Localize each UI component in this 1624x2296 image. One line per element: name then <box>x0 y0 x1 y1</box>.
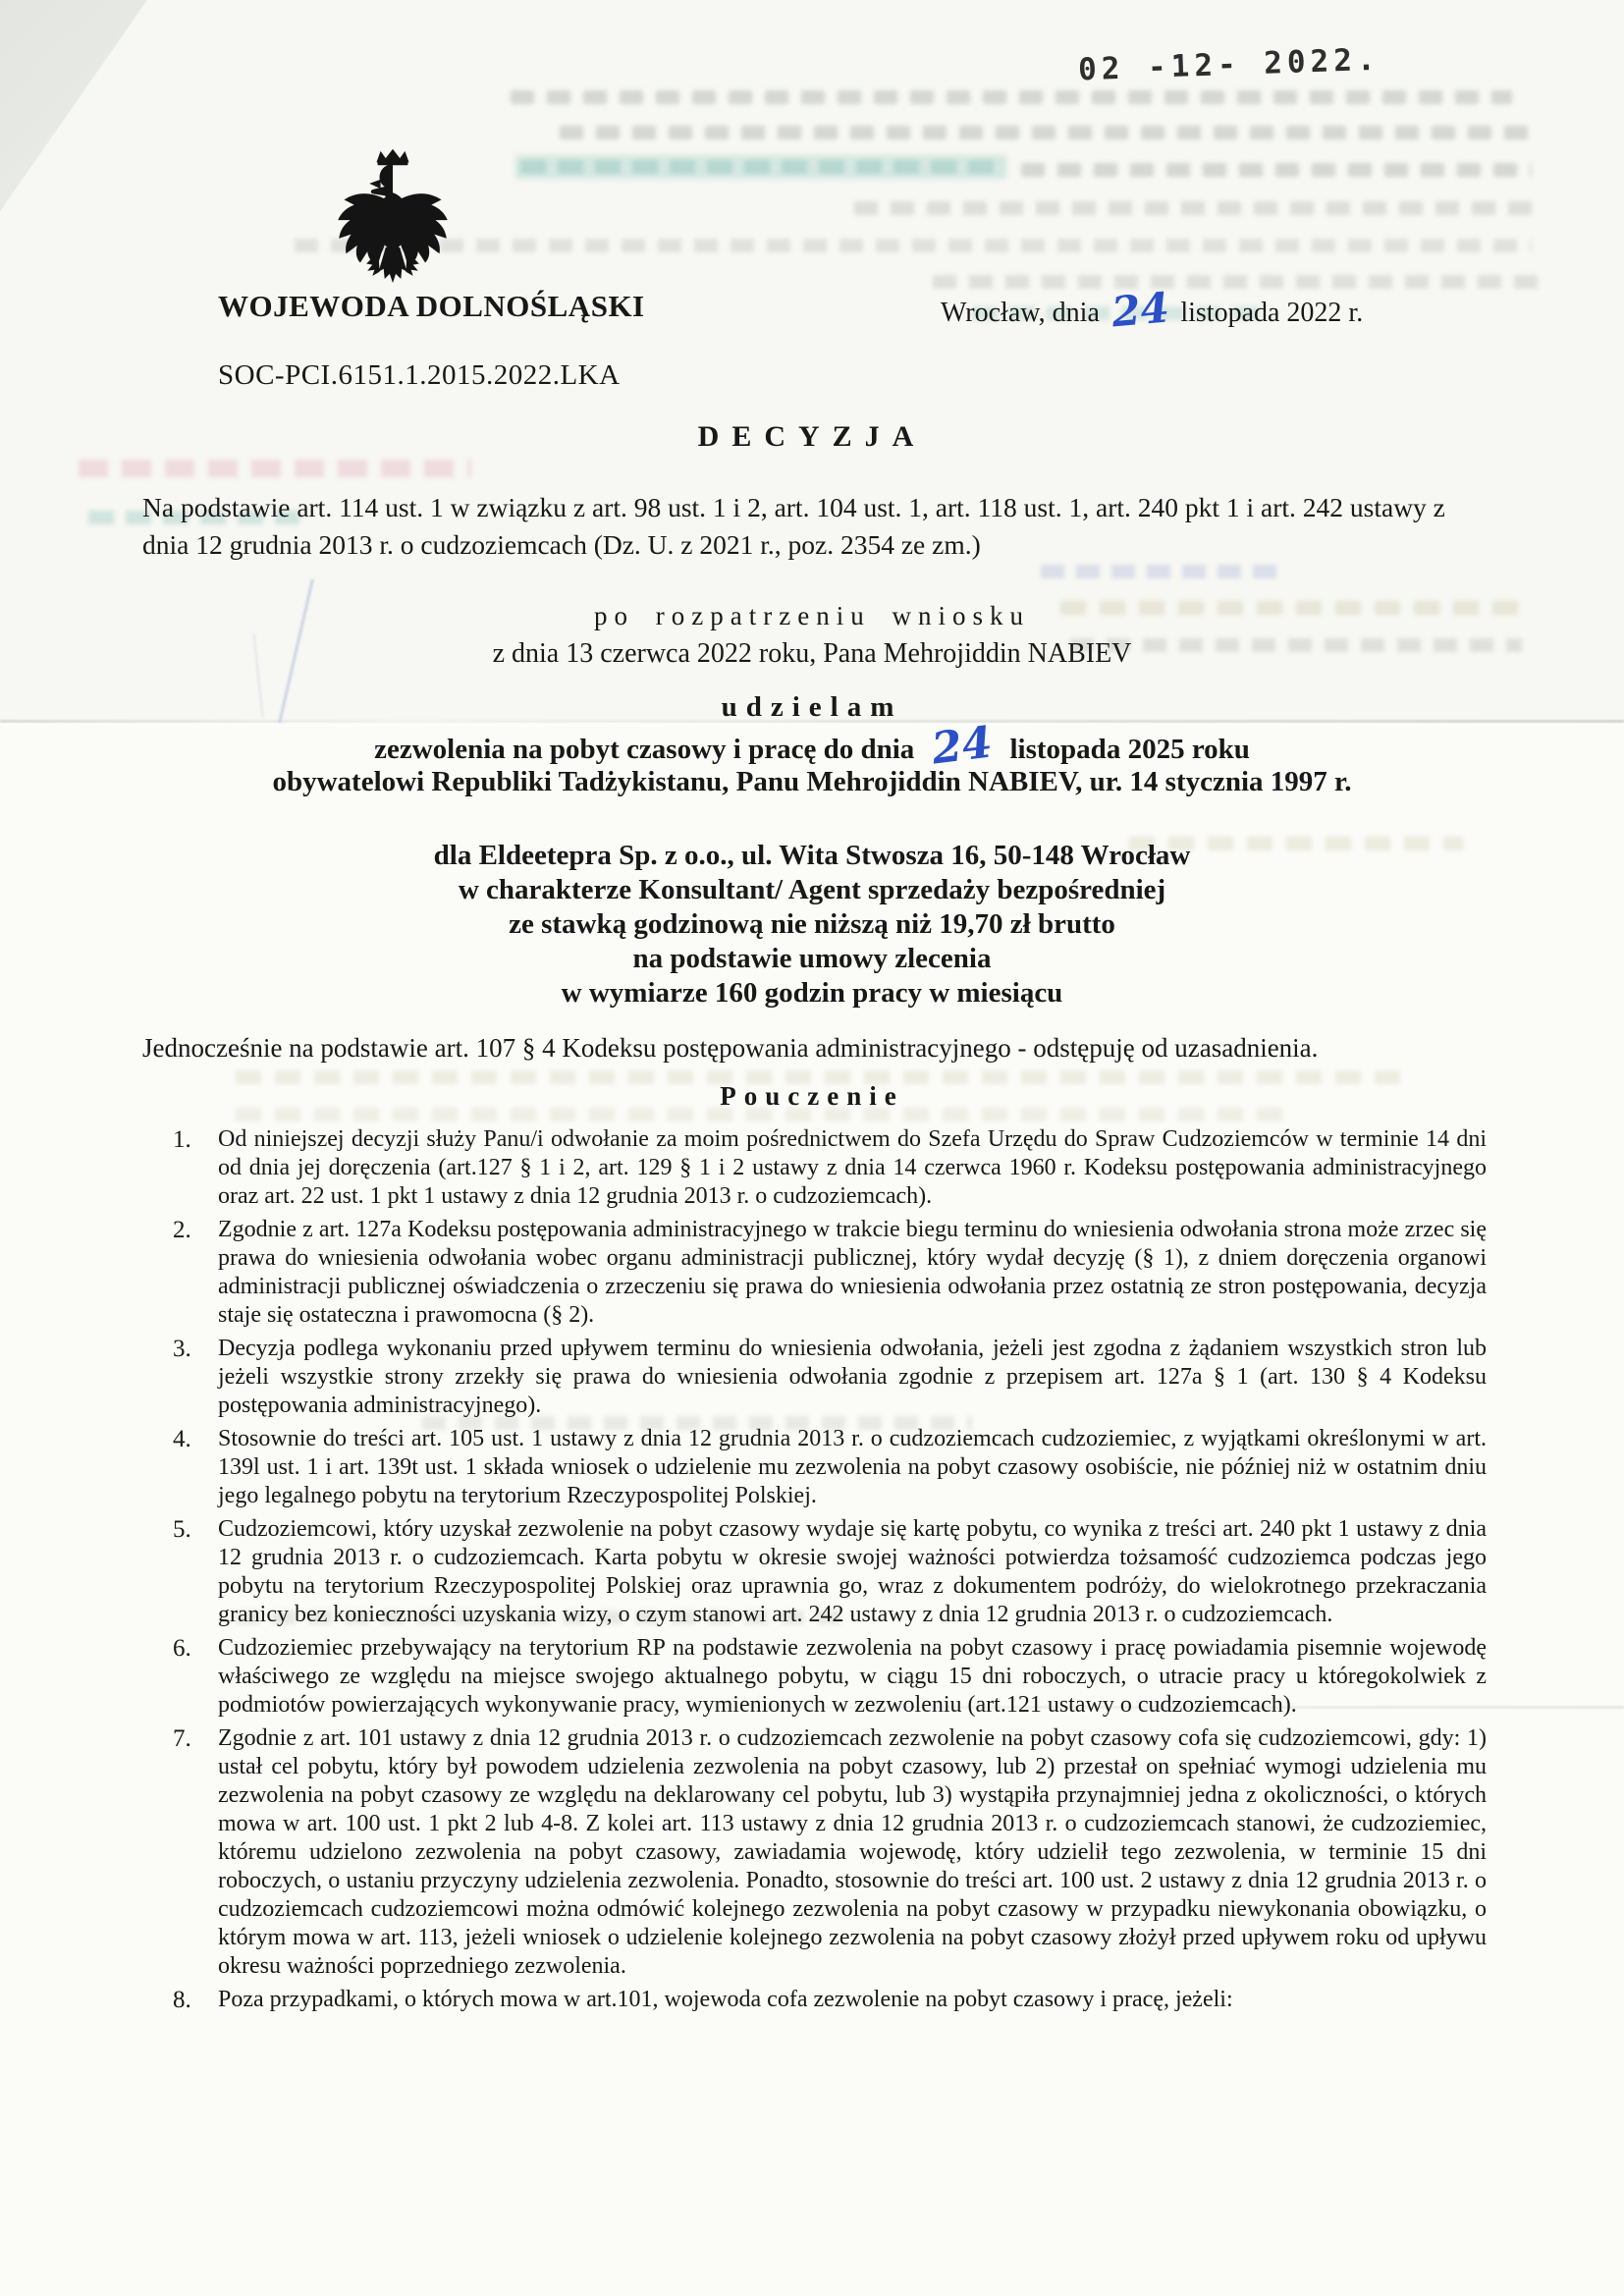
list-item: 2. Zgodnie z art. 127a Kodeksu postępowa… <box>173 1216 1487 1330</box>
item-text: Stosownie do treści art. 105 ust. 1 usta… <box>218 1425 1487 1510</box>
bleedthrough-line <box>520 160 1001 174</box>
item-number: 3. <box>173 1335 218 1420</box>
item-text: Cudzoziemiec przebywający na terytorium … <box>218 1634 1487 1720</box>
scanned-decision-document: 02 -12- 2022. WOJEWODA DOLNOŚLĄSKI Wrocł… <box>0 0 1624 2296</box>
list-item: 4. Stosownie do treści art. 105 ust. 1 u… <box>173 1425 1487 1510</box>
item-text: Poza przypadkami, o których mowa w art.1… <box>218 1986 1487 2014</box>
position-line: w charakterze Konsultant/ Agent sprzedaż… <box>0 874 1624 906</box>
list-item: 1. Od niniejszej decyzji służy Panu/i od… <box>173 1125 1487 1211</box>
item-text: Zgodnie z art. 101 ustawy z dnia 12 grud… <box>218 1724 1487 1981</box>
wage-line: ze stawką godzinową nie niższą niż 19,70… <box>0 908 1624 941</box>
grant-word: udzielam <box>0 691 1624 724</box>
item-text: Od niniejszej decyzji służy Panu/i odwoł… <box>218 1125 1487 1211</box>
handwritten-day: 24 <box>1110 288 1170 334</box>
beneficiary-line: obywatelowi Republiki Tadżykistanu, Panu… <box>0 766 1624 798</box>
instruction-heading: Pouczenie <box>0 1081 1624 1112</box>
after-review-line: po rozpatrzeniu wniosku <box>0 601 1624 631</box>
item-number: 1. <box>173 1125 218 1211</box>
justification-waiver: Jednocześnie na podstawie art. 107 § 4 K… <box>142 1029 1492 1066</box>
list-item: 7. Zgodnie z art. 101 ustawy z dnia 12 g… <box>173 1724 1487 1981</box>
instruction-list: 1. Od niniejszej decyzji służy Panu/i od… <box>173 1125 1487 2019</box>
bleedthrough-line <box>1021 163 1532 177</box>
bleedthrough-line <box>295 239 1532 252</box>
hours-line: w wymiarze 160 godzin pracy w miesiącu <box>0 977 1624 1010</box>
bleedthrough-line <box>79 460 471 477</box>
bleedthrough-line <box>511 90 1512 104</box>
item-text: Zgodnie z art. 127a Kodeksu postępowania… <box>218 1216 1487 1330</box>
bleedthrough-line <box>854 201 1542 215</box>
case-number: SOC-PCI.6151.1.2015.2022.LKA <box>218 359 621 392</box>
legal-basis-paragraph: Na podstawie art. 114 ust. 1 w związku z… <box>142 489 1492 564</box>
contract-line: na podstawie umowy zlecenia <box>0 943 1624 975</box>
issuing-authority: WOJEWODA DOLNOŚLĄSKI <box>218 289 645 324</box>
item-number: 5. <box>173 1515 218 1629</box>
bleedthrough-line <box>1041 565 1286 578</box>
item-number: 7. <box>173 1724 218 1981</box>
list-item: 3. Decyzja podlega wykonaniu przed upływ… <box>173 1335 1487 1420</box>
place-date-prefix: Wrocław, dnia <box>941 298 1100 329</box>
place-and-date: Wrocław, dnia 24 listopada 2022 r. <box>941 287 1363 329</box>
list-item: 5. Cudzoziemcowi, który uzyskał zezwolen… <box>173 1515 1487 1629</box>
document-title: DECYZJA <box>0 420 1624 454</box>
item-number: 8. <box>173 1986 218 2014</box>
application-line: z dnia 13 czerwca 2022 roku, Pana Mehroj… <box>0 638 1624 670</box>
item-text: Decyzja podlega wykonaniu przed upływem … <box>218 1335 1487 1420</box>
handwritten-day: 24 <box>930 721 995 771</box>
decision-line-prefix: zezwolenia na pobyt czasowy i pracę do d… <box>374 734 914 766</box>
decision-validity-line: zezwolenia na pobyt czasowy i pracę do d… <box>0 723 1624 766</box>
item-text: Cudzoziemcowi, który uzyskał zezwolenie … <box>218 1515 1487 1629</box>
bleedthrough-line <box>560 126 1532 139</box>
item-number: 4. <box>173 1425 218 1510</box>
polish-eagle-emblem-icon <box>332 145 454 289</box>
decision-line-suffix: listopada 2025 roku <box>1010 734 1250 766</box>
place-date-suffix: listopada 2022 r. <box>1180 298 1363 329</box>
list-item: 6. Cudzoziemiec przebywający na terytori… <box>173 1634 1487 1720</box>
item-number: 6. <box>173 1634 218 1720</box>
employer-line: dla Eldeetepra Sp. z o.o., ul. Wita Stwo… <box>0 840 1624 872</box>
item-number: 2. <box>173 1216 218 1330</box>
list-item: 8. Poza przypadkami, o których mowa w ar… <box>173 1986 1487 2014</box>
